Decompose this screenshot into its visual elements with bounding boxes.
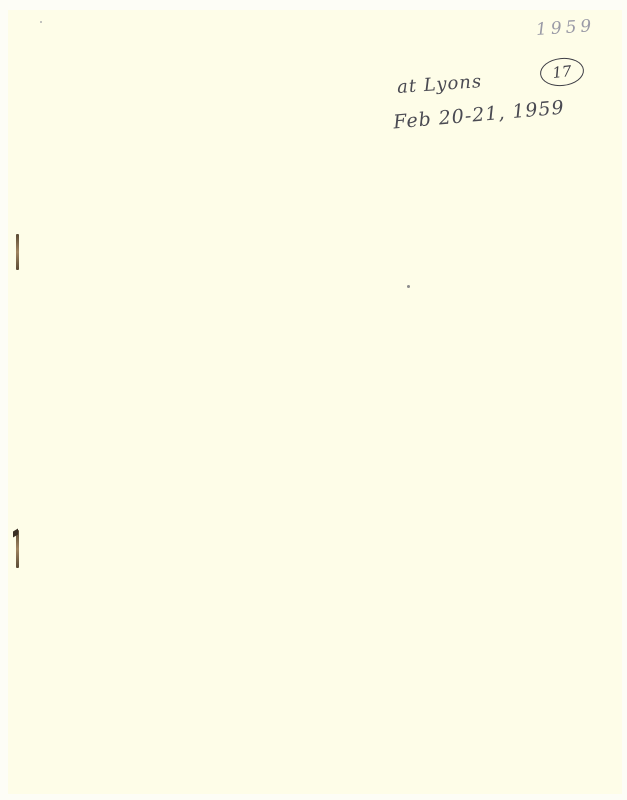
pencil-year-note: 1959 [535, 16, 596, 40]
paper-speck [40, 21, 42, 23]
page-number: 17 [552, 62, 573, 82]
paper-sheet [8, 10, 622, 794]
staple-mark-bottom [16, 530, 19, 568]
staple-mark-top [16, 234, 19, 270]
paper-speck [407, 285, 410, 288]
